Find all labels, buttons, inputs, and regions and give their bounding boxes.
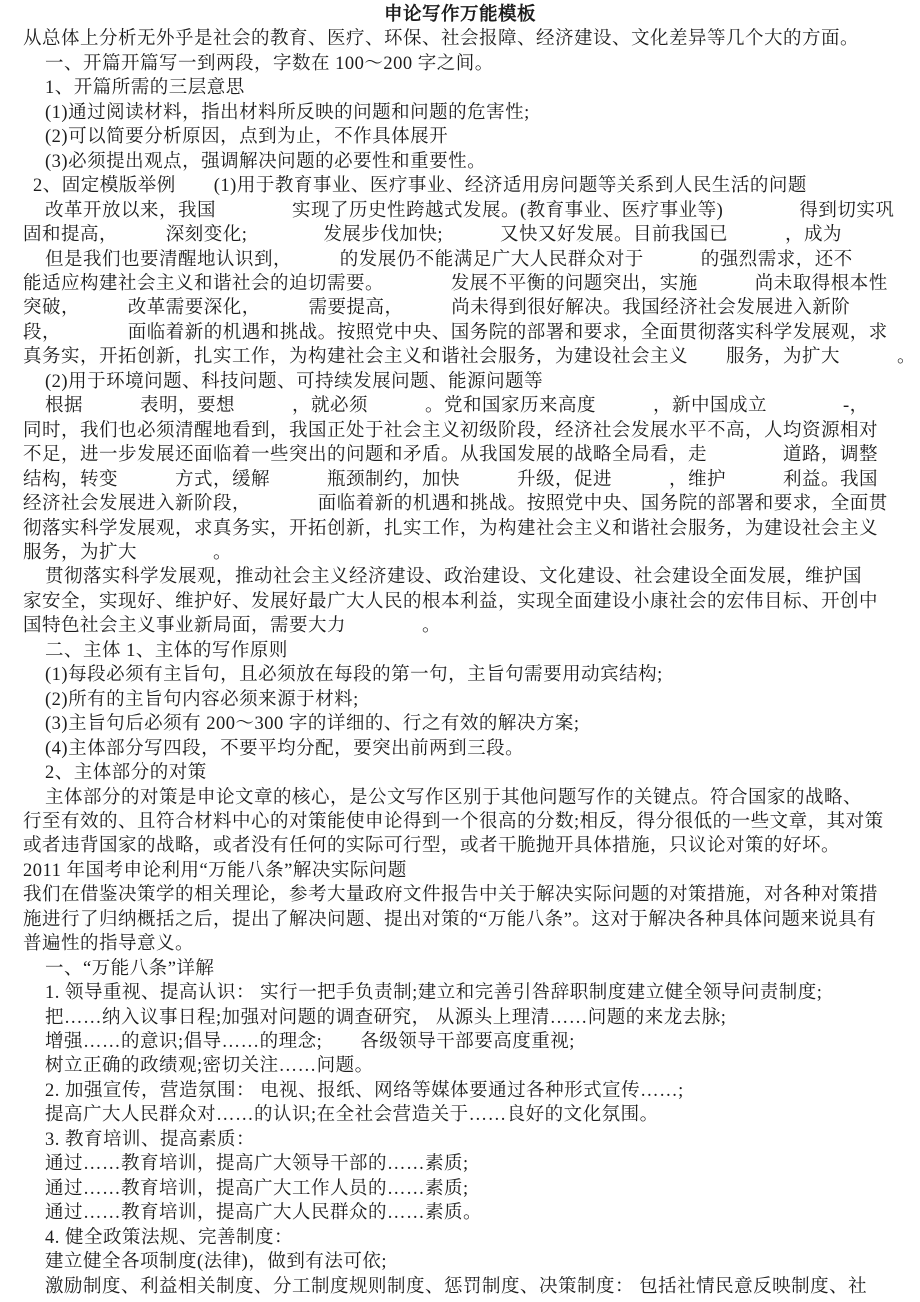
text-line: 国特色社会主义事业新局面，需要大力 。: [23, 614, 920, 638]
text-line: 或者违背国家的战略，或者没有任何的实际可行型，或者干脆抛开具体措施，只议论对策的…: [23, 834, 920, 858]
text-line: 1. 领导重视、提高认识： 实行一把手负责制;建立和完善引咎辞职制度建立健全领导…: [23, 981, 920, 1005]
text-line: (2)所有的主旨句内容必须来源于材料;: [23, 688, 920, 712]
text-line: 提高广大人民群众对……的认识;在全社会营造关于……良好的文化氛围。: [23, 1103, 920, 1127]
text-line: 但是我们也要清醒地认识到， 的发展仍不能满足广大人民群众对于 的强烈需求，还不: [23, 248, 920, 272]
text-line: (2)用于环境问题、科技问题、可持续发展问题、能源问题等: [23, 370, 920, 394]
text-line: 不足，进一步发展还面临着一些突出的问题和矛盾。从我国发展的战略全局看，走 道路，…: [23, 443, 920, 467]
text-line: 2、固定模版举例 (1)用于教育事业、医疗事业、经济适用房问题等关系到人民生活的…: [23, 174, 920, 198]
text-line: 把……纳入议事日程;加强对问题的调查研究， 从源头上理清……问题的来龙去脉;: [23, 1006, 920, 1030]
text-line: 激励制度、利益相关制度、分工制度规则制度、惩罚制度、决策制度： 包括社情民意反映…: [23, 1275, 920, 1299]
text-line: 固和提高， 深刻变化; 发展步伐加快; 又快又好发展。目前我国已 ，成为: [23, 223, 920, 247]
text-line: (3)主旨句后必须有 200～300 字的详细的、行之有效的解决方案;: [23, 712, 920, 736]
text-line: 真务实，开拓创新，扎实工作，为构建社会主义和谐社会服务，为建设社会主义 服务，为…: [23, 345, 920, 369]
text-line: 服务，为扩大 。: [23, 541, 920, 565]
text-line: 一、“万能八条”详解: [23, 957, 920, 981]
text-line: 彻落实科学发展观，求真务实，开拓创新，扎实工作，为构建社会主义和谐社会服务，为建…: [23, 517, 920, 541]
text-line: 二、主体 1、主体的写作原则: [23, 639, 920, 663]
text-line: 结构，转变 方式，缓解 瓶颈制约，加快 升级，促进 ，维护 利益。我国: [23, 468, 920, 492]
text-line: 能适应构建社会主义和谐社会的迫切需要。 发展不平衡的问题突出，实施 尚未取得根本…: [23, 272, 920, 296]
text-line: 根据 表明，要想 ，就必须 。党和国家历来高度 ，新中国成立 -，: [23, 394, 920, 418]
text-line: (2)可以简要分析原因，点到为止，不作具体展开: [23, 125, 920, 149]
text-line: 2. 加强宣传，营造氛围： 电视、报纸、网络等媒体要通过各种形式宣传……;: [23, 1079, 920, 1103]
text-line: 我们在借鉴决策学的相关理论，参考大量政府文件报告中关于解决实际问题的对策措施，对…: [23, 883, 920, 907]
text-line: 4. 健全政策法规、完善制度：: [23, 1226, 920, 1250]
text-line: 通过……教育培训，提高广大人民群众的……素质。: [23, 1201, 920, 1225]
text-line: 2011 年国考申论利用“万能八条”解决实际问题: [23, 859, 920, 883]
text-line: 家安全，实现好、维护好、发展好最广大人民的根本利益，实现全面建设小康社会的宏伟目…: [23, 590, 920, 614]
text-line: 3. 教育培训、提高素质：: [23, 1128, 920, 1152]
text-line: 改革开放以来，我国 实现了历史性跨越式发展。(教育事业、医疗事业等) 得到切实巩: [23, 199, 920, 223]
text-line: 突破， 改革需要深化， 需要提高， 尚未得到很好解决。我国经济社会发展进入新阶: [23, 296, 920, 320]
text-line: 增强……的意识;倡导……的理念; 各级领导干部要高度重视;: [23, 1030, 920, 1054]
text-line: 建立健全各项制度(法律)，做到有法可依;: [23, 1250, 920, 1274]
text-line: 通过……教育培训，提高广大工作人员的……素质;: [23, 1177, 920, 1201]
text-line: 施进行了归纳概括之后，提出了解决问题、提出对策的“万能八条”。这对于解决各种具体…: [23, 908, 920, 932]
text-line: 行至有效的、且符合材料中心的对策能使申论得到一个很高的分数;相反，得分很低的一些…: [23, 810, 920, 834]
document-page: 申论写作万能模板 从总体上分析无外乎是社会的教育、医疗、环保、社会报障、经济建设…: [0, 0, 920, 1302]
text-line: 主体部分的对策是申论文章的核心，是公文写作区别于其他问题写作的关键点。符合国家的…: [23, 786, 920, 810]
text-line: 普遍性的指导意义。: [23, 932, 920, 956]
text-line: 贯彻落实科学发展观，推动社会主义经济建设、政治建设、文化建设、社会建设全面发展，…: [23, 565, 920, 589]
text-line: 2、主体部分的对策: [23, 761, 920, 785]
document-lines: 从总体上分析无外乎是社会的教育、医疗、环保、社会报障、经济建设、文化差异等几个大…: [23, 27, 920, 1299]
text-line: 经济社会发展进入新阶段， 面临着新的机遇和挑战。按照党中央、国务院的部署和要求，…: [23, 492, 920, 516]
text-line: (3)必须提出观点，强调解决问题的必要性和重要性。: [23, 150, 920, 174]
text-line: 树立正确的政绩观;密切关注……问题。: [23, 1054, 920, 1078]
document-title: 申论写作万能模板: [23, 3, 920, 27]
text-line: 一、开篇开篇写一到两段，字数在 100～200 字之间。: [23, 52, 920, 76]
text-line: 同时，我们也必须清醒地看到，我国正处于社会主义初级阶段，经济社会发展水平不高，人…: [23, 419, 920, 443]
text-line: 段， 面临着新的机遇和挑战。按照党中央、国务院的部署和要求，全面贯彻落实科学发展…: [23, 321, 920, 345]
text-line: (1)每段必须有主旨句，且必须放在每段的第一句，主旨句需要用动宾结构;: [23, 663, 920, 687]
text-line: (4)主体部分写四段，不要平均分配，要突出前两到三段。: [23, 737, 920, 761]
text-line: 从总体上分析无外乎是社会的教育、医疗、环保、社会报障、经济建设、文化差异等几个大…: [23, 27, 920, 51]
text-line: 通过……教育培训，提高广大领导干部的……素质;: [23, 1152, 920, 1176]
text-line: 1、开篇所需的三层意思: [23, 76, 920, 100]
text-line: (1)通过阅读材料，指出材料所反映的问题和问题的危害性;: [23, 101, 920, 125]
